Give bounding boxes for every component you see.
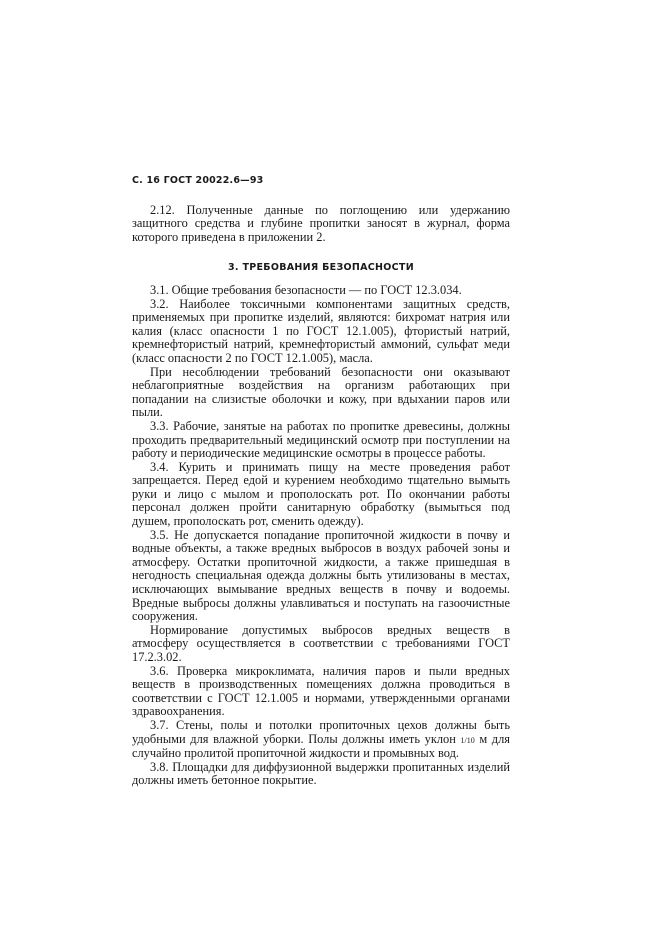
paragraph-3-5: 3.5. Не допускается попадание пропиточно… (132, 529, 510, 624)
paragraph-3-5-cont: Нормирование допустимых выбросов вредных… (132, 624, 510, 665)
document-page: С. 16 ГОСТ 20022.6—93 2.12. Полученные д… (132, 174, 510, 788)
paragraph-3-6: 3.6. Проверка микроклимата, наличия паро… (132, 665, 510, 719)
paragraph-3-8: 3.8. Площадки для диффузионной выдержки … (132, 761, 510, 788)
paragraph-3-3: 3.3. Рабочие, занятые на работах по проп… (132, 420, 510, 461)
paragraph-3-2: 3.2. Наиболее токсичными компонентами за… (132, 298, 510, 366)
paragraph-3-2-cont: При несоблюдении требований безопасности… (132, 366, 510, 420)
slope-fraction: 1/10 (460, 736, 474, 745)
paragraph-3-4: 3.4. Курить и принимать пищу на месте пр… (132, 461, 510, 529)
paragraph-3-7-text: 3.7. Стены, полы и потолки пропиточных ц… (132, 718, 510, 746)
paragraph-3-1: 3.1. Общие требования безопасности — по … (132, 284, 510, 298)
paragraph-2-12: 2.12. Полученные данные по поглощению ил… (132, 204, 510, 245)
section-title: 3. ТРЕБОВАНИЯ БЕЗОПАСНОСТИ (132, 261, 510, 275)
paragraph-3-7: 3.7. Стены, полы и потолки пропиточных ц… (132, 719, 510, 761)
page-header: С. 16 ГОСТ 20022.6—93 (132, 174, 510, 188)
